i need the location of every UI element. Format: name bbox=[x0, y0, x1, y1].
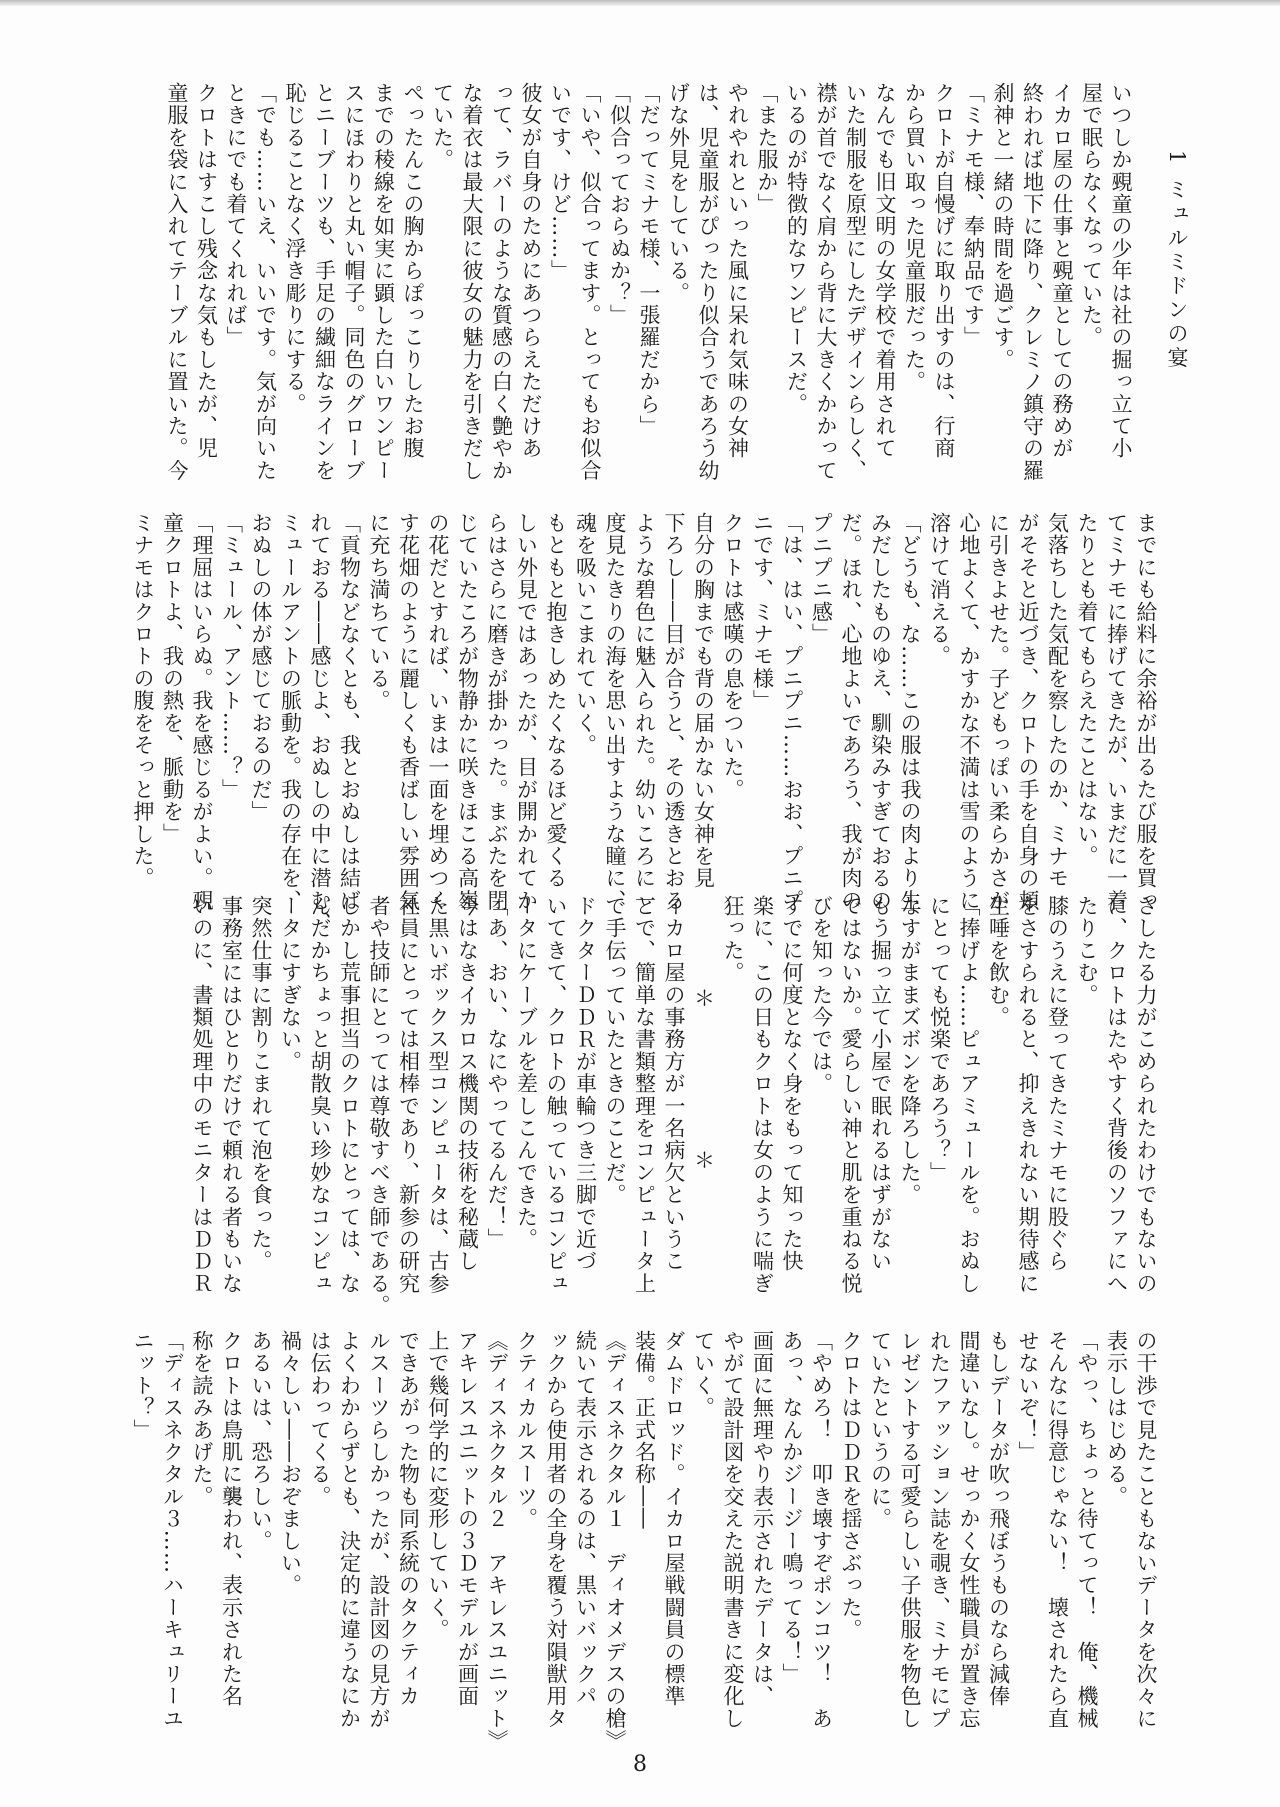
text-band-4: の干渉で見たこともないデータを次々に表示しはじめる。「やっ、ちょっと待てって！ … bbox=[128, 1330, 1161, 1710]
text-line: 度見たきりの海を思い出すような瞳に、 bbox=[600, 512, 630, 892]
text-line: 気落ちした気配を察したのか、ミナモ bbox=[1042, 512, 1072, 892]
text-line: なすがままズボンを降ろした。 bbox=[895, 895, 925, 1275]
text-line: の干渉で見たこともないデータを次々に bbox=[1131, 1330, 1161, 1710]
text-line: ニです、ミナモ様」 bbox=[747, 512, 777, 892]
text-line: 「でも……いえ、いいです。気が向いた bbox=[250, 82, 280, 462]
scan-edge bbox=[0, 0, 1280, 6]
text-line: スにほわりと丸い帽子。同色のグローブ bbox=[339, 82, 369, 462]
text-band-3: さしたる力がこめられたわけでもないのに、クロトはたやすく背後のソファにへたりこむ… bbox=[187, 895, 1161, 1275]
text-line: てミナモに捧げてきたが、いまだに一着 bbox=[1101, 512, 1131, 892]
text-line: に、クロトはたやすく背後のソファにへ bbox=[1101, 895, 1131, 1275]
text-line: 「やっ、ちょっと待てって！ 俺、機械 bbox=[1072, 1330, 1102, 1710]
text-line: もともと抱きしめたくなるほど愛くる bbox=[541, 512, 571, 892]
text-line: をさすられると、抑えきれない期待感に bbox=[1013, 895, 1043, 1275]
text-line: 「どうも、な……この服は我の肉より生 bbox=[895, 512, 925, 892]
text-line: なんでも旧文明の女学校で着用されて bbox=[870, 82, 900, 462]
text-line: 画面に無理やり表示されたデータは、 bbox=[747, 1330, 777, 1710]
text-line: プニプニ感」 bbox=[806, 512, 836, 892]
text-line: あるいは、恐ろしい。 bbox=[246, 1330, 276, 1710]
text-line: いです、けど……」 bbox=[545, 82, 575, 462]
text-line: 者や技師にとっては尊敬すべき師である。 bbox=[364, 895, 394, 1275]
text-line: もしデータが吹っ飛ぼうものなら減俸 bbox=[983, 1330, 1013, 1710]
text-line: 今はなきイカロス機関の技術を秘蔵し bbox=[452, 895, 482, 1275]
text-line: ータにケーブルを差しこんできた。 bbox=[511, 895, 541, 1275]
text-line: 「ミュール、アント……？」 bbox=[216, 512, 246, 892]
text-line: ミナモはクロトの腹をそっと押した。 bbox=[128, 512, 158, 892]
text-line: 終われば地下に降り、クレミノ鎮守の羅 bbox=[1017, 82, 1047, 462]
text-line: 表示しはじめる。 bbox=[1101, 1330, 1131, 1710]
text-line: そんなに得意じゃない！ 壊されたら直 bbox=[1042, 1330, 1072, 1710]
text-line: らはさらに磨きが掛かった。まぶたを閉 bbox=[482, 512, 512, 892]
text-line: に引きよせた。子どもっぽい柔らかさが bbox=[983, 512, 1013, 892]
text-line: ていく。 bbox=[688, 1330, 718, 1710]
text-line: 突然仕事に割りこまれて泡を食った。 bbox=[246, 895, 276, 1275]
text-line: れたファッション誌を覗き、ミナモにプ bbox=[924, 1330, 954, 1710]
text-line: だ。ほれ、心地よいであろう、我が肉の bbox=[836, 512, 866, 892]
text-line: までにも給料に余裕が出るたび服を買っ bbox=[1131, 512, 1161, 892]
text-line: あっ、なんかジージー鳴ってる！」 bbox=[777, 1330, 807, 1710]
text-line: 続いて表示されるのは、黒いバックパ bbox=[570, 1330, 600, 1710]
text-line: って、ラバーのような質感の白く艶やか bbox=[486, 82, 516, 462]
text-line: 「捧げよ……ピュアミュールを。おぬし bbox=[954, 895, 984, 1275]
text-line: 童クロトよ、我の熱を、脈動を」 bbox=[157, 512, 187, 892]
text-line: 童服を袋に入れてテーブルに置いた。今 bbox=[162, 82, 192, 462]
text-line: ぺったんこの胸からぽっこりしたお腹 bbox=[398, 82, 428, 462]
text-line: 狂った。 bbox=[718, 895, 748, 1275]
text-line: いた制服を原型にしたデザインらしく、 bbox=[840, 82, 870, 462]
text-line: ダムドロッド。イカロ屋戦闘員の標準 bbox=[659, 1330, 689, 1710]
chapter-number: 1 bbox=[1165, 150, 1189, 166]
text-line: クロトが自慢げに取り出すのは、行商 bbox=[929, 82, 959, 462]
text-line: 「は、はい、プニプニ……おお、プニプ bbox=[777, 512, 807, 892]
text-line: たりこむ。 bbox=[1072, 895, 1102, 1275]
text-line: 溶けて消える。 bbox=[924, 512, 954, 892]
text-line: レゼントする可愛らしい子供服を物色し bbox=[895, 1330, 925, 1710]
text-line: んだかちょっと胡散臭い珍妙なコンピュ bbox=[305, 895, 335, 1275]
text-line: イカロ屋の仕事と覡童としての務めが bbox=[1047, 82, 1077, 462]
text-line: イカロ屋の事務方が一名病欠というこ bbox=[659, 895, 689, 1275]
text-line: 「いや、似合ってます。とってもお似合 bbox=[575, 82, 605, 462]
page-number: 8 bbox=[0, 1752, 1280, 1777]
text-line: ときにでも着てくれれば」 bbox=[221, 82, 251, 462]
text-line: 「あ、おい、なにやってるんだ！」 bbox=[482, 895, 512, 1275]
text-line: 「理屈はいらぬ。我を感じるがよい。覡 bbox=[187, 512, 217, 892]
text-line: 称を読みあげた。 bbox=[187, 1330, 217, 1710]
text-line: で手伝っていたときのことだ。 bbox=[600, 895, 630, 1275]
text-line: 「似合っておらぬか？」 bbox=[604, 82, 634, 462]
text-line: クティカルスーツ。 bbox=[511, 1330, 541, 1710]
text-line: 禍々しい――おぞましい。 bbox=[275, 1330, 305, 1710]
text-line: すでに何度となく身をもって知った快 bbox=[777, 895, 807, 1275]
text-line: できあがった物も同系統のタクティカ bbox=[393, 1330, 423, 1710]
text-line: ルスーツらしかったが、設計図の見方が bbox=[364, 1330, 394, 1710]
text-line: ータにすぎない。 bbox=[275, 895, 305, 1275]
text-line: ックから使用者の全身を覆う対隕獣用タ bbox=[541, 1330, 571, 1710]
chapter-title: ミュルミドンの宴 bbox=[1165, 178, 1189, 370]
text-line: 事務室にはひとりだけで頼れる者もいな bbox=[216, 895, 246, 1275]
text-line: 「また服か」 bbox=[752, 82, 782, 462]
text-line: クロトは鳥肌に襲われ、表示された名 bbox=[216, 1330, 246, 1710]
text-line: たりとも着てもらえたことはない。 bbox=[1072, 512, 1102, 892]
text-line: 魂を吸いこまれていく。 bbox=[570, 512, 600, 892]
text-line: 楽に、この日もクロトは女のように喘ぎ bbox=[747, 895, 777, 1275]
text-line: 《ディスネクタル２ アキレスユニット》 bbox=[482, 1330, 512, 1710]
text-line: いつしか覡童の少年は社の掘っ立て小 bbox=[1106, 82, 1136, 462]
text-line: げな外見をしている。 bbox=[663, 82, 693, 462]
text-line: とニーブーツも、手足の繊細なラインを bbox=[309, 82, 339, 462]
text-line: 「だってミナモ様、一張羅だから」 bbox=[634, 82, 664, 462]
text-line: ていた。 bbox=[427, 82, 457, 462]
text-line: までの稜線を如実に顕した白いワンピー bbox=[368, 82, 398, 462]
text-line: 「やめろ！ 叩き壊すぞポンコツ！ あ bbox=[806, 1330, 836, 1710]
chapter-heading: 1ミュルミドンの宴 bbox=[1162, 150, 1192, 370]
text-line: クロトは感嘆の息をついた。 bbox=[718, 512, 748, 892]
text-line: れておる――感じよ、おぬしの中に潜む、 bbox=[305, 512, 335, 892]
text-line: 《ディスネクタル１ ディオメデスの槍》 bbox=[600, 1330, 630, 1710]
text-line: にとっても悦楽であろう？」 bbox=[924, 895, 954, 1275]
text-line: 「貢物などなくとも、我とおぬしは結ば bbox=[334, 512, 364, 892]
text-line: す花畑のように麗しくも香ばしい雰囲気 bbox=[393, 512, 423, 892]
text-line: た黒いボックス型コンピュータは、古参 bbox=[423, 895, 453, 1275]
text-line: ニット？」 bbox=[128, 1330, 158, 1710]
text-line: せないぞ！」 bbox=[1013, 1330, 1043, 1710]
text-line: 下ろし――目が合うと、その透きとおる bbox=[659, 512, 689, 892]
text-line: 襟が首でなく肩から背に大きくかかって bbox=[811, 82, 841, 462]
text-line: の花だとすれば、いまは一面を埋めつく bbox=[423, 512, 453, 892]
text-band-2: までにも給料に余裕が出るたび服を買ってミナモに捧げてきたが、いまだに一着たりとも… bbox=[128, 512, 1161, 892]
text-line: しい外見ではあったが、目が開かれてか bbox=[511, 512, 541, 892]
text-line: ミュールアントの脈動を。我の存在を、 bbox=[275, 512, 305, 892]
text-line: 恥じることなく浮き彫りにする。 bbox=[280, 82, 310, 462]
text-line: さしたる力がこめられたわけでもないの bbox=[1131, 895, 1161, 1275]
text-line: に充ち満ちている。 bbox=[364, 512, 394, 892]
text-line: 装備。正式名称―― bbox=[629, 1330, 659, 1710]
text-line: よくわからずとも、決定的に違うなにか bbox=[334, 1330, 364, 1710]
text-line: 刹神と一緒の時間を過ごす。 bbox=[988, 82, 1018, 462]
text-line: じていたころが物静かに咲きほこる高嶺 bbox=[452, 512, 482, 892]
text-line: 屋で眠らなくなっていた。 bbox=[1076, 82, 1106, 462]
text-line: 生唾を飲む。 bbox=[983, 895, 1013, 1275]
text-line: 自分の胸までも背の届かない女神を見 bbox=[688, 512, 718, 892]
text-line: とで、簡単な書類整理をコンピュータ上 bbox=[629, 895, 659, 1275]
text-line: は伝わってくる。 bbox=[305, 1330, 335, 1710]
text-line: やれやれといった風に呆れ気味の女神 bbox=[722, 82, 752, 462]
text-line: な着衣は最大限に彼女の魅力を引きだし bbox=[457, 82, 487, 462]
text-line: びを知った今では。 bbox=[806, 895, 836, 1275]
text-line: ドクターＤＤＲが車輪つき三脚で近づ bbox=[570, 895, 600, 1275]
text-line: 間違いなし。せっかく女性職員が置き忘 bbox=[954, 1330, 984, 1710]
text-line: いてきて、クロトの触っているコンピュ bbox=[541, 895, 571, 1275]
text-line: ていたというのに。 bbox=[865, 1330, 895, 1710]
text-band-1: いつしか覡童の少年は社の掘っ立て小屋で眠らなくなっていた。イカロ屋の仕事と覡童と… bbox=[162, 82, 1136, 462]
text-line: いのに、書類処理中のモニターはＤＤＲ bbox=[187, 895, 217, 1275]
text-line: 「ディスネクタル３……ハーキュリーユ bbox=[157, 1330, 187, 1710]
text-line: いるのが特徴的なワンピースだ。 bbox=[781, 82, 811, 462]
text-line: 心地よくて、かすかな不満は雪のように bbox=[954, 512, 984, 892]
text-line: は、児童服がぴったり似合うであろう幼 bbox=[693, 82, 723, 462]
text-line: アキレスユニットの３Ｄモデルが画面 bbox=[452, 1330, 482, 1710]
text-line: 「ミナモ様、奉納品です」 bbox=[958, 82, 988, 462]
text-line: から買い取った児童服だった。 bbox=[899, 82, 929, 462]
text-line: みだしたものゆえ、馴染みすぎておるの bbox=[865, 512, 895, 892]
text-line: ＊ ＊ bbox=[688, 895, 718, 1275]
text-line: 社員にとっては相棒であり、新参の研究 bbox=[393, 895, 423, 1275]
text-line: ような碧色に魅入られた。幼いころに一 bbox=[629, 512, 659, 892]
text-line: がそそと近づき、クロトの手を自身の頬 bbox=[1013, 512, 1043, 892]
text-line: しかし荒事担当のクロトにとっては、な bbox=[334, 895, 364, 1275]
text-line: もう掘っ立て小屋で眠れるはずがない bbox=[865, 895, 895, 1275]
text-line: ではないか。愛らしい神と肌を重ねる悦 bbox=[836, 895, 866, 1275]
text-line: 膝のうえに登ってきたミナモに股ぐら bbox=[1042, 895, 1072, 1275]
text-line: クロトはＤＤＲを揺さぶった。 bbox=[836, 1330, 866, 1710]
text-line: クロトはすこし残念な気もしたが、児 bbox=[191, 82, 221, 462]
text-line: やがて設計図を交えた説明書きに変化し bbox=[718, 1330, 748, 1710]
text-line: 上で幾何学的に変形していく。 bbox=[423, 1330, 453, 1710]
text-line: 彼女が自身のためにあつらえただけあ bbox=[516, 82, 546, 462]
text-line: おぬしの体が感じておるのだ」 bbox=[246, 512, 276, 892]
